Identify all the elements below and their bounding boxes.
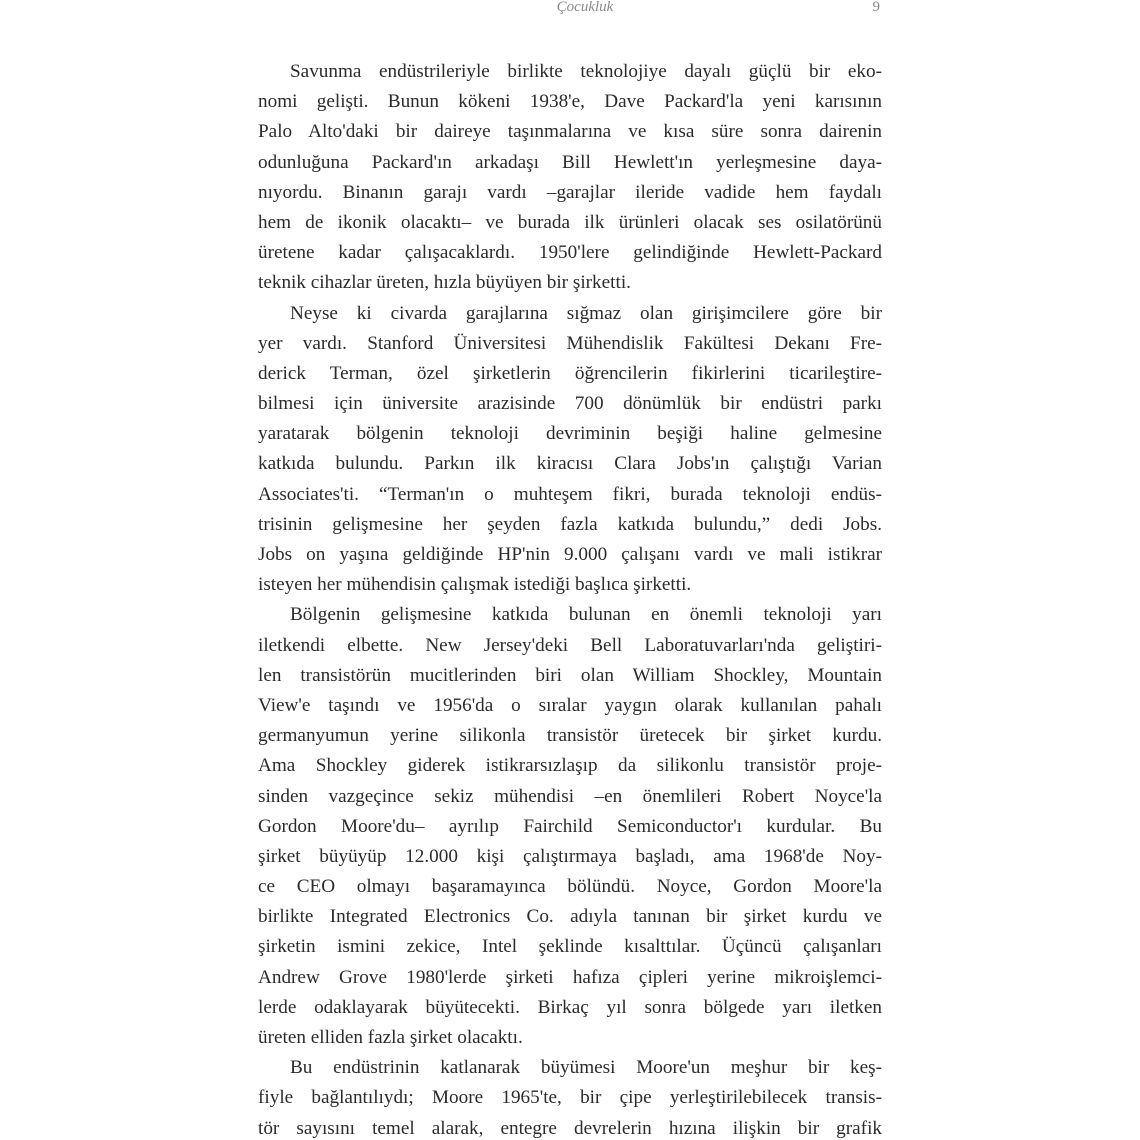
chapter-title: Çocukluk (258, 0, 882, 16)
text-line: isteyen her mühendisin çalışmak istediği… (258, 570, 882, 600)
text-line: Gordon Moore'du– ayrılıp Fairchild Semic… (258, 812, 882, 842)
text-line: nıyordu. Binanın garajı vardı –garajlar … (258, 178, 882, 208)
text-line: yaratarak bölgenin teknoloji devriminin … (258, 419, 882, 449)
text-line: derick Terman, özel şirketlerin öğrencil… (258, 359, 882, 389)
text-line: üreten elliden fazla şirket olacaktı. (258, 1023, 882, 1053)
text-line: ce CEO olmayı başaramayınca bölündü. Noy… (258, 872, 882, 902)
paragraph: Bölgenin gelişmesine katkıda bulunan en … (258, 600, 882, 1053)
paragraph: Neyse ki civarda garajlarına sığmaz olan… (258, 299, 882, 601)
text-line: Bu endüstrinin katlanarak büyümesi Moore… (258, 1053, 882, 1083)
text-line: lerde odaklayarak büyütecekti. Birkaç yı… (258, 993, 882, 1023)
text-line: iletkendi elbette. New Jersey'deki Bell … (258, 631, 882, 661)
text-line: odunluğuna Packard'ın arkadaşı Bill Hewl… (258, 148, 882, 178)
text-line: Palo Alto'daki bir daireye taşınmalarına… (258, 117, 882, 147)
body-text: Savunma endüstrileriyle birlikte teknolo… (258, 57, 882, 1140)
paragraph: Bu endüstrinin katlanarak büyümesi Moore… (258, 1053, 882, 1140)
running-head: Çocukluk 9 (258, 0, 882, 21)
text-line: tör sayısını temel alarak, entegre devre… (258, 1114, 882, 1140)
text-line: Andrew Grove 1980'lerde şirketi hafıza ç… (258, 963, 882, 993)
page-number: 9 (873, 0, 881, 16)
text-line: Ama Shockley giderek istikrarsızlaşıp da… (258, 751, 882, 781)
text-line: yer vardı. Stanford Üniversitesi Mühendi… (258, 329, 882, 359)
text-line: fiyle bağlantılıydı; Moore 1965'te, bir … (258, 1083, 882, 1113)
text-line: sinden vazgeçince sekiz mühendisi –en ön… (258, 782, 882, 812)
text-line: üretene kadar çalışacaklardı. 1950'lere … (258, 238, 882, 268)
text-line: teknik cihazlar üreten, hızla büyüyen bi… (258, 268, 882, 298)
text-line: hem de ikonik olacaktı– ve burada ilk ür… (258, 208, 882, 238)
text-line: len transistörün mucitlerinden biri olan… (258, 661, 882, 691)
text-line: Bölgenin gelişmesine katkıda bulunan en … (258, 600, 882, 630)
text-line: Neyse ki civarda garajlarına sığmaz olan… (258, 299, 882, 329)
text-line: Savunma endüstrileriyle birlikte teknolo… (258, 57, 882, 87)
text-line: birlikte Integrated Electronics Co. adıy… (258, 902, 882, 932)
paragraph: Savunma endüstrileriyle birlikte teknolo… (258, 57, 882, 299)
text-line: Associates'ti. “Terman'ın o muhteşem fik… (258, 480, 882, 510)
text-line: Jobs on yaşına geldiğinde HP'nin 9.000 ç… (258, 540, 882, 570)
text-line: bilmesi için üniversite arazisinde 700 d… (258, 389, 882, 419)
text-line: şirket büyüyüp 12.000 kişi çalıştırmaya … (258, 842, 882, 872)
text-line: katkıda bulundu. Parkın ilk kiracısı Cla… (258, 449, 882, 479)
text-line: View'e taşındı ve 1956'da o sıralar yayg… (258, 691, 882, 721)
text-line: şirketin ismini zekice, Intel şeklinde k… (258, 932, 882, 962)
book-page: Çocukluk 9 Savunma endüstrileriyle birli… (0, 0, 1140, 1140)
text-line: germanyumun yerine silikonla transistör … (258, 721, 882, 751)
text-line: nomi gelişti. Bunun kökeni 1938'e, Dave … (258, 87, 882, 117)
text-line: trisinin gelişmesine her şeyden fazla ka… (258, 510, 882, 540)
